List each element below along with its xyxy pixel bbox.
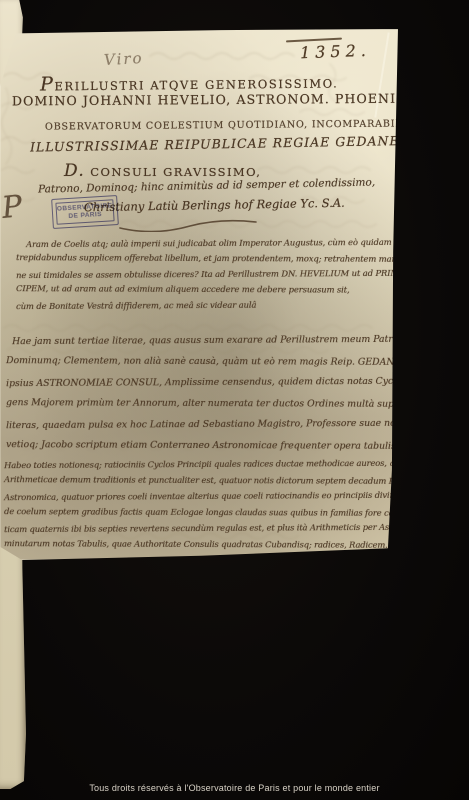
body-paragraph-3: Habeo toties notionesq; ratiociniis Cycl… [4,456,400,552]
dedication-line-2: DOMINO JOHANNI HEVELIO, ASTRONOM. PHOENI… [12,91,418,109]
body-line: trepidabundus supplicem offerebat libell… [16,251,400,268]
body-line: Dominumq; Clementem, non alià sanè causà… [6,350,400,373]
body-paragraph-1: Aram de Coelis atq; aulà imperii sui jud… [16,236,400,313]
observatoire-stamp-text: OBSERVATOIRE DE PARIS [55,199,114,224]
body-paragraph-2: Hae jam sunt tertiae literae, quas ausus… [6,330,400,456]
body-line: vetioq; Jacobo scriptum etiam Conterrane… [6,434,400,457]
body-line: gens Majorem primùm ter Annorum, alter n… [6,392,400,415]
body-line: CIPEM, ut ad aram aut ad eximium aliquem… [16,281,400,298]
dedication-line-5: D. CONSULI GRAVISSIMO, [64,161,261,181]
signature-flourish-icon [118,216,258,232]
observatoire-stamp: OBSERVATOIRE DE PARIS [51,195,119,229]
copyright-caption: Tous droits réservés à l'Observatoire de… [0,783,469,793]
body-line: Hae jam sunt tertiae literae, quas ausus… [12,329,400,352]
manuscript-photo-viewer: 1352. Viro PERILLUSTRI ATQVE GENEROSISSI… [0,0,469,800]
body-line: minutarum notas Tabulis, quae Authoritat… [4,535,400,553]
folio-number: 1352. [300,41,371,62]
stamp-line-2: DE PARIS [68,211,102,221]
body-line: cùm de Bonitate Vestrâ diffiderem, ac me… [16,296,400,314]
manuscript-page: 1352. Viro PERILLUSTRI ATQVE GENEROSISSI… [0,28,402,560]
body-line: literas, quaedam pulsa ex hoc Latinae ad… [6,413,400,436]
body-line: ipsius ASTRONOMIAE CONSUL, Amplissime ce… [6,371,400,394]
dedication-viro: Viro [104,49,144,69]
margin-flourish-initial: P [0,189,24,226]
